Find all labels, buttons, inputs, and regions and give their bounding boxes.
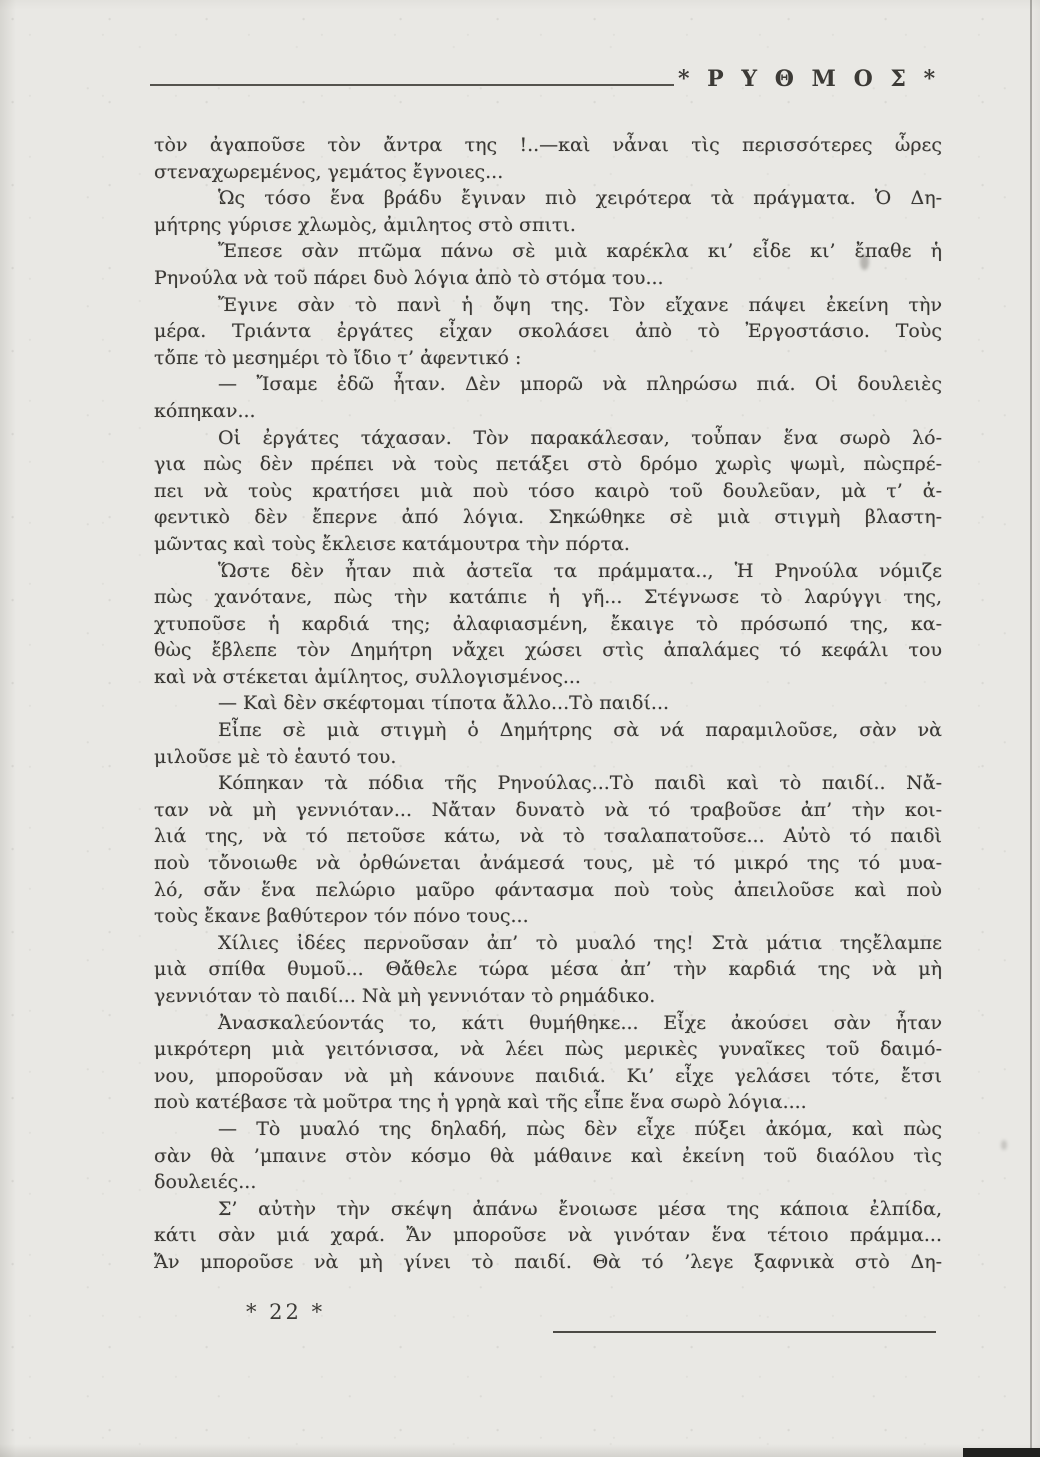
- text-line: Ἔπεσε σὰν πτῶμα πάνω σὲ μιὰ καρέκλα κι’ …: [154, 238, 942, 265]
- text-line: γεννιόταν τὸ παιδί... Νὰ μὴ γεννιόταν τὸ…: [154, 983, 942, 1010]
- text-line: λιά της, νὰ τό πετοῦσε κάτω, νὰ τὸ τσαλα…: [154, 823, 942, 850]
- text-line: τὄπε τὸ μεσημέρι τὸ ἴδιο τ’ ἀφεντικό :: [154, 345, 942, 372]
- text-line: σὰν θὰ ’μπαινε στὸν κόσμο θὰ μάθαινε καὶ…: [154, 1143, 942, 1170]
- text-column: τὸν ἀγαποῦσε τὸν ἄντρα της !..—καὶ νἆναι…: [154, 132, 942, 1276]
- text-line: Ρηνούλα νὰ τοῦ πάρει δυὸ λόγια ἀπὸ τὸ στ…: [154, 265, 942, 292]
- text-line: ποὺ τὄνοιωθε νὰ ὀρθώνεται ἀνάμεσά τους, …: [154, 850, 942, 877]
- text-line: μιὰ σπίθα θυμοῦ... Θἄθελε τώρα μέσα ἀπ’ …: [154, 956, 942, 983]
- text-line: ταν νὰ μὴ γεννιόταν... Νἄταν δυνατὸ νὰ τ…: [154, 797, 942, 824]
- footer-rule: [553, 1331, 936, 1333]
- text-line: μῶντας καὶ τοὺς ἔκλεισε κατάμουτρα τὴν π…: [154, 531, 942, 558]
- text-line: Οἱ ἐργάτες τάχασαν. Τὸν παρακάλεσαν, τοὖ…: [154, 425, 942, 452]
- page-scan: * Ρ Υ Θ Μ Ο Σ * τὸν ἀγαποῦσε τὸν ἄντρα τ…: [0, 0, 1040, 1457]
- text-line: λό, σἄν ἕνα πελώριο μαῦρο φάντασμα ποὺ τ…: [154, 877, 942, 904]
- text-line: στεναχωρεμένος, γεμάτος ἔγνοιες...: [154, 159, 942, 186]
- text-line: πὼς χανότανε, πὼς τὴν κατάπιε ἡ γῆ... Στ…: [154, 584, 942, 611]
- text-line: Ὡς τόσο ἕνα βράδυ ἔγιναν πιὸ χειρότερα τ…: [154, 185, 942, 212]
- text-line: Χίλιες ἰδέες περνοῦσαν ἀπ’ τὸ μυαλό της!…: [154, 930, 942, 957]
- text-line: Σ’ αὐτὴν τὴν σκέψη ἀπάνω ἔνοιωσε μέσα τη…: [154, 1196, 942, 1223]
- ink-smudge: [1001, 1140, 1007, 1150]
- text-line: — Καὶ δὲν σκέφτομαι τίποτα ἄλλο...Τὸ παι…: [154, 690, 942, 717]
- text-line: Κόπηκαν τὰ πόδια τῆς Ρηνούλας...Τὸ παιδὶ…: [154, 770, 942, 797]
- text-line: κόπηκαν...: [154, 398, 942, 425]
- text-line: μικρότερη μιὰ γειτόνισσα, νὰ λέει πὼς με…: [154, 1036, 942, 1063]
- page-edge-shadow: [1030, 0, 1032, 1457]
- text-line: μήτρης γύρισε χλωμὸς, ἀμιλητος στὸ σπιτι…: [154, 212, 942, 239]
- text-line: καὶ νὰ στέκεται ἀμίλητος, συλλογισμένος.…: [154, 664, 942, 691]
- page-number: * 22 *: [246, 1300, 325, 1324]
- text-line: πει νὰ τοὺς κρατήσει μιὰ ποὺ τόσο καιρὸ …: [154, 478, 942, 505]
- text-line: — Τὸ μυαλό της δηλαδή, πὼς δὲν εἶχε πύξε…: [154, 1116, 942, 1143]
- text-line: ποὺ κατέβασε τὰ μοῦτρα της ἡ γρηὰ καὶ τῆ…: [154, 1089, 942, 1116]
- text-line: — Ἴσαμε ἐδῶ ἦταν. Δὲν μπορῶ νὰ πληρώσω π…: [154, 371, 942, 398]
- text-line: χτυποῦσε ἡ καρδιά της; ἀλαφιασμένη, ἔκαι…: [154, 611, 942, 638]
- text-line: θὼς ἔβλεπε τὸν Δημήτρη νἄχει χώσει στὶς …: [154, 637, 942, 664]
- text-line: μιλοῦσε μὲ τὸ ἑαυτό του.: [154, 744, 942, 771]
- text-line: Ὥστε δὲν ἦταν πιὰ ἀστεῖα τα πράμματα.., …: [154, 558, 942, 585]
- text-line: δουλειές...: [154, 1169, 942, 1196]
- ink-smudge: [860, 254, 869, 270]
- scan-artifact-mark: [963, 1448, 1040, 1457]
- text-line: φεντικὸ δὲν ἔπερνε ἀπό λόγια. Σηκώθηκε σ…: [154, 504, 942, 531]
- text-line: μέρα. Τριάντα ἐργάτες εἶχαν σκολάσει ἀπὸ…: [154, 318, 942, 345]
- text-line: κάτι σὰν μιά χαρά. Ἄν μποροῦσε νὰ γινότα…: [154, 1222, 942, 1249]
- text-line: για πὼς δὲν πρέπει νὰ τοὺς πετάξει στὸ δ…: [154, 451, 942, 478]
- text-line: Ἄν μποροῦσε νὰ μὴ γίνει τὸ παιδί. Θὰ τό …: [154, 1249, 942, 1276]
- text-line: νου, μποροῦσαν νὰ μὴ κάνουνε παιδιά. Κι’…: [154, 1063, 942, 1090]
- masthead-rule: [150, 84, 674, 86]
- text-line: τοὺς ἔκανε βαθύτερον τόν πόνο τους...: [154, 903, 942, 930]
- text-line: τὸν ἀγαποῦσε τὸν ἄντρα της !..—καὶ νἆναι…: [154, 132, 942, 159]
- masthead-title: * Ρ Υ Θ Μ Ο Σ *: [678, 66, 940, 92]
- text-line: Ἀνασκαλεύοντάς το, κάτι θυμήθηκε... Εἶχε…: [154, 1010, 942, 1037]
- text-line: Ἔγινε σὰν τὸ πανὶ ἡ ὄψη της. Τὸν εἴχανε …: [154, 292, 942, 319]
- text-line: Εἶπε σὲ μιὰ στιγμὴ ὁ Δημήτρης σὰ νά παρα…: [154, 717, 942, 744]
